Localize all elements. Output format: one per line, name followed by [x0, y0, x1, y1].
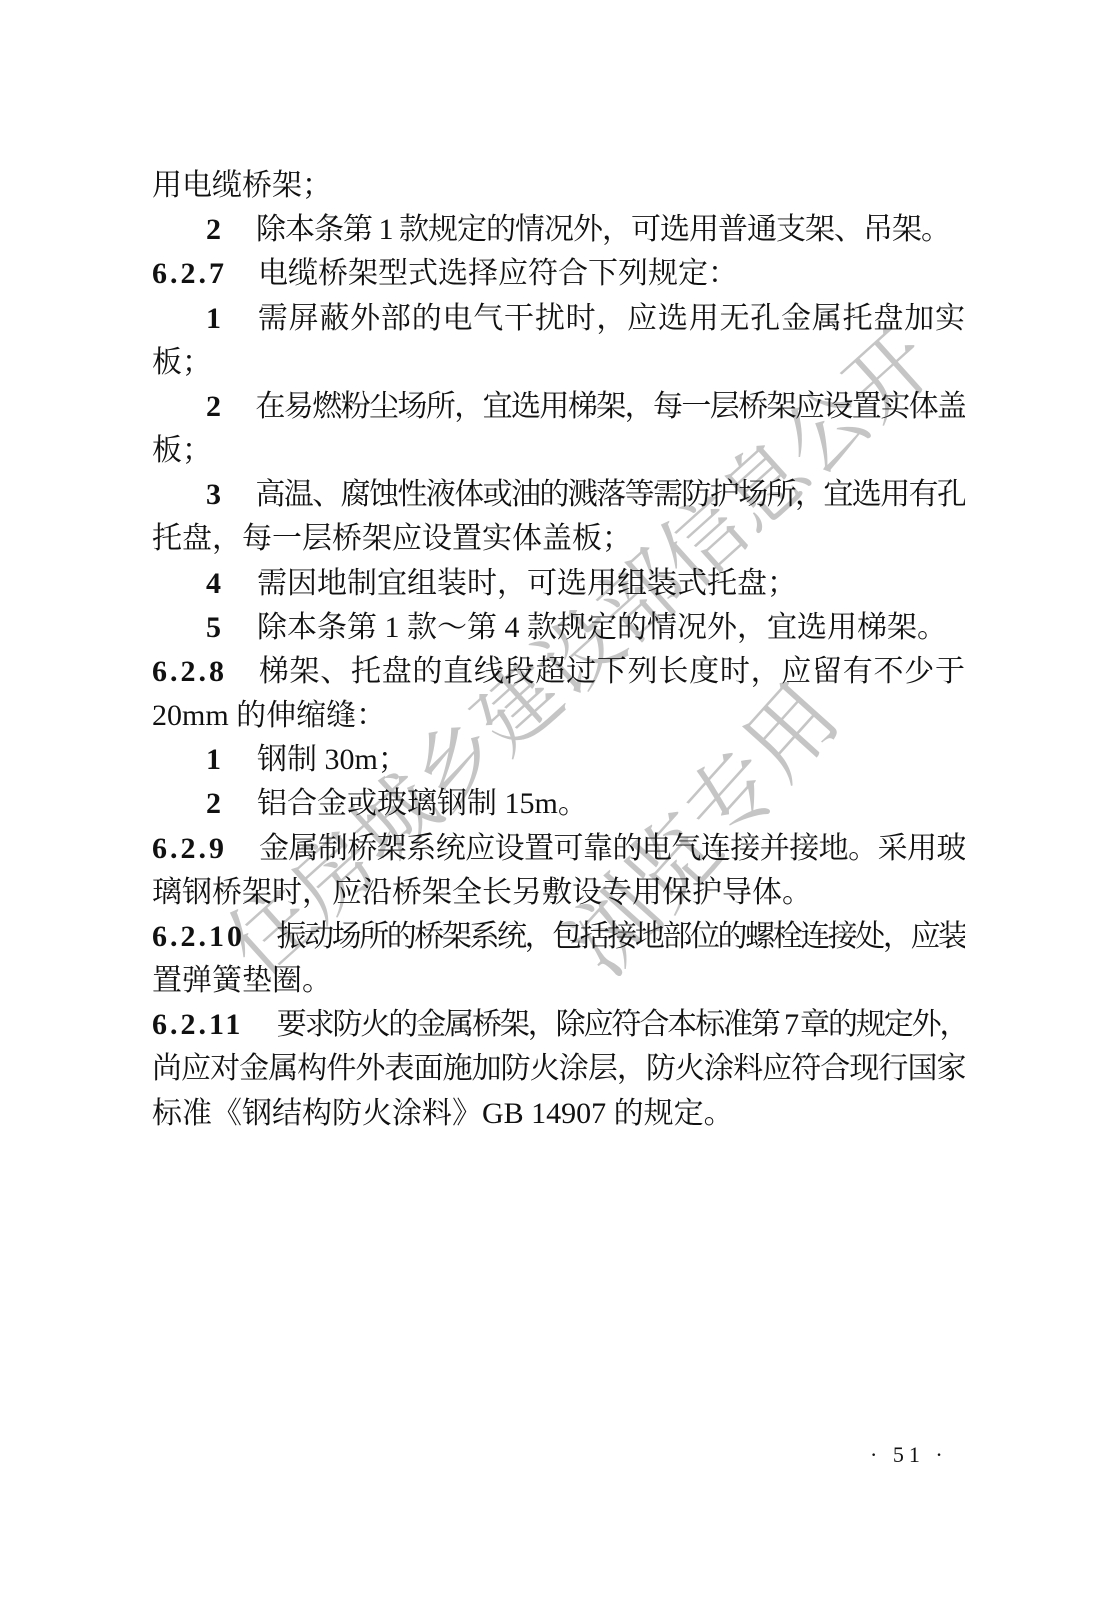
line-text: 需屏蔽外部的电气干扰时，应选用无孔金属托盘加实体盖 — [206, 302, 965, 341]
line-text: 梯架、托盘的直线段超过下列长度时，应留有不少于 — [258, 655, 965, 688]
item-number: 1 — [206, 743, 221, 776]
document-page: 住房城乡建设部信息公开 浏览专用 用电缆桥架； 2除本条第 1 款规定的情况外，… — [0, 0, 1106, 1598]
line-text: 板； — [152, 346, 212, 379]
clause-number: 6.2.8 — [152, 655, 227, 688]
line-text: 标准《钢结构防火涂料》GB 14907 的规定。 — [152, 1097, 734, 1130]
clause-number: 6.2.7 — [152, 257, 227, 290]
item-number: 1 — [206, 302, 221, 335]
line-text: 用电缆桥架； — [152, 169, 332, 202]
text-line: 4需因地制宜组装时，可选用组装式托盘； — [152, 562, 965, 606]
text-line: 6.2.11要求防火的金属桥架，除应符合本标准第 7 章的规定外， — [152, 1003, 965, 1047]
line-text: 要求防火的金属桥架，除应符合本标准第 7 章的规定外， — [274, 1008, 965, 1041]
text-line: 1钢制 30m； — [152, 738, 965, 782]
text-line: 板； — [152, 429, 965, 473]
line-text: 板； — [152, 434, 212, 467]
line-text: 在易燃粉尘场所，宜选用梯架，每一层桥架应设置实体盖 — [255, 390, 965, 423]
line-text: 托盘，每一层桥架应设置实体盖板； — [152, 522, 632, 555]
line-text: 20mm 的伸缩缝： — [152, 699, 386, 732]
line-text: 需因地制宜组装时，可选用组装式托盘； — [257, 567, 797, 600]
line-text: 除本条第 1 款规定的情况外，可选用普通支架、吊架。 — [256, 213, 950, 246]
item-number: 4 — [206, 567, 221, 600]
text-line: 1需屏蔽外部的电气干扰时，应选用无孔金属托盘加实体盖 — [152, 297, 965, 341]
text-line: 托盘，每一层桥架应设置实体盖板； — [152, 517, 965, 561]
text-line: 6.2.7电缆桥架型式选择应符合下列规定： — [152, 252, 965, 296]
clause-number: 6.2.9 — [152, 832, 227, 865]
text-line: 6.2.9金属制桥架系统应设置可靠的电气连接并接地。采用玻 — [152, 827, 965, 871]
line-text: 置弹簧垫圈。 — [152, 964, 332, 997]
page-number: · 51 · — [870, 1442, 948, 1468]
text-block: 用电缆桥架； 2除本条第 1 款规定的情况外，可选用普通支架、吊架。 6.2.7… — [152, 164, 965, 1136]
text-line: 3高温、腐蚀性液体或油的溅落等需防护场所，宜选用有孔 — [152, 473, 965, 517]
text-line: 用电缆桥架； — [152, 164, 965, 208]
text-line: 璃钢桥架时，应沿桥架全长另敷设专用保护导体。 — [152, 871, 965, 915]
text-line: 2除本条第 1 款规定的情况外，可选用普通支架、吊架。 — [152, 208, 965, 252]
line-text: 高温、腐蚀性液体或油的溅落等需防护场所，宜选用有孔 — [255, 478, 965, 511]
item-number: 2 — [206, 787, 221, 820]
line-text: 振动场所的桥架系统，包括接地部位的螺栓连接处，应装 — [276, 920, 965, 953]
text-line: 6.2.10振动场所的桥架系统，包括接地部位的螺栓连接处，应装 — [152, 915, 965, 959]
line-text: 铝合金或玻璃钢制 15m。 — [257, 787, 588, 820]
item-number: 3 — [206, 478, 219, 511]
item-number: 2 — [206, 390, 219, 423]
text-line: 2在易燃粉尘场所，宜选用梯架，每一层桥架应设置实体盖 — [152, 385, 965, 429]
line-text: 钢制 30m； — [257, 743, 408, 776]
clause-number: 6.2.11 — [152, 1008, 243, 1041]
clause-number: 6.2.10 — [152, 920, 245, 953]
line-text: 璃钢桥架时，应沿桥架全长另敷设专用保护导体。 — [152, 876, 812, 909]
text-line: 20mm 的伸缩缝： — [152, 694, 965, 738]
text-line: 6.2.8梯架、托盘的直线段超过下列长度时，应留有不少于 — [152, 650, 965, 694]
line-text: 电缆桥架型式选择应符合下列规定： — [258, 257, 738, 290]
text-line: 5除本条第 1 款～第 4 款规定的情况外，宜选用梯架。 — [152, 606, 965, 650]
text-line: 尚应对金属构件外表面施加防火涂层，防火涂料应符合现行国家 — [152, 1047, 965, 1091]
line-text: 除本条第 1 款～第 4 款规定的情况外，宜选用梯架。 — [257, 611, 947, 644]
text-line: 板； — [152, 341, 965, 385]
line-text: 金属制桥架系统应设置可靠的电气连接并接地。采用玻 — [258, 832, 965, 865]
item-number: 5 — [206, 611, 221, 644]
text-line: 标准《钢结构防火涂料》GB 14907 的规定。 — [152, 1092, 965, 1136]
item-number: 2 — [206, 213, 220, 246]
line-text: 尚应对金属构件外表面施加防火涂层，防火涂料应符合现行国家 — [152, 1052, 965, 1085]
text-line: 置弹簧垫圈。 — [152, 959, 965, 1003]
text-line: 2铝合金或玻璃钢制 15m。 — [152, 782, 965, 826]
